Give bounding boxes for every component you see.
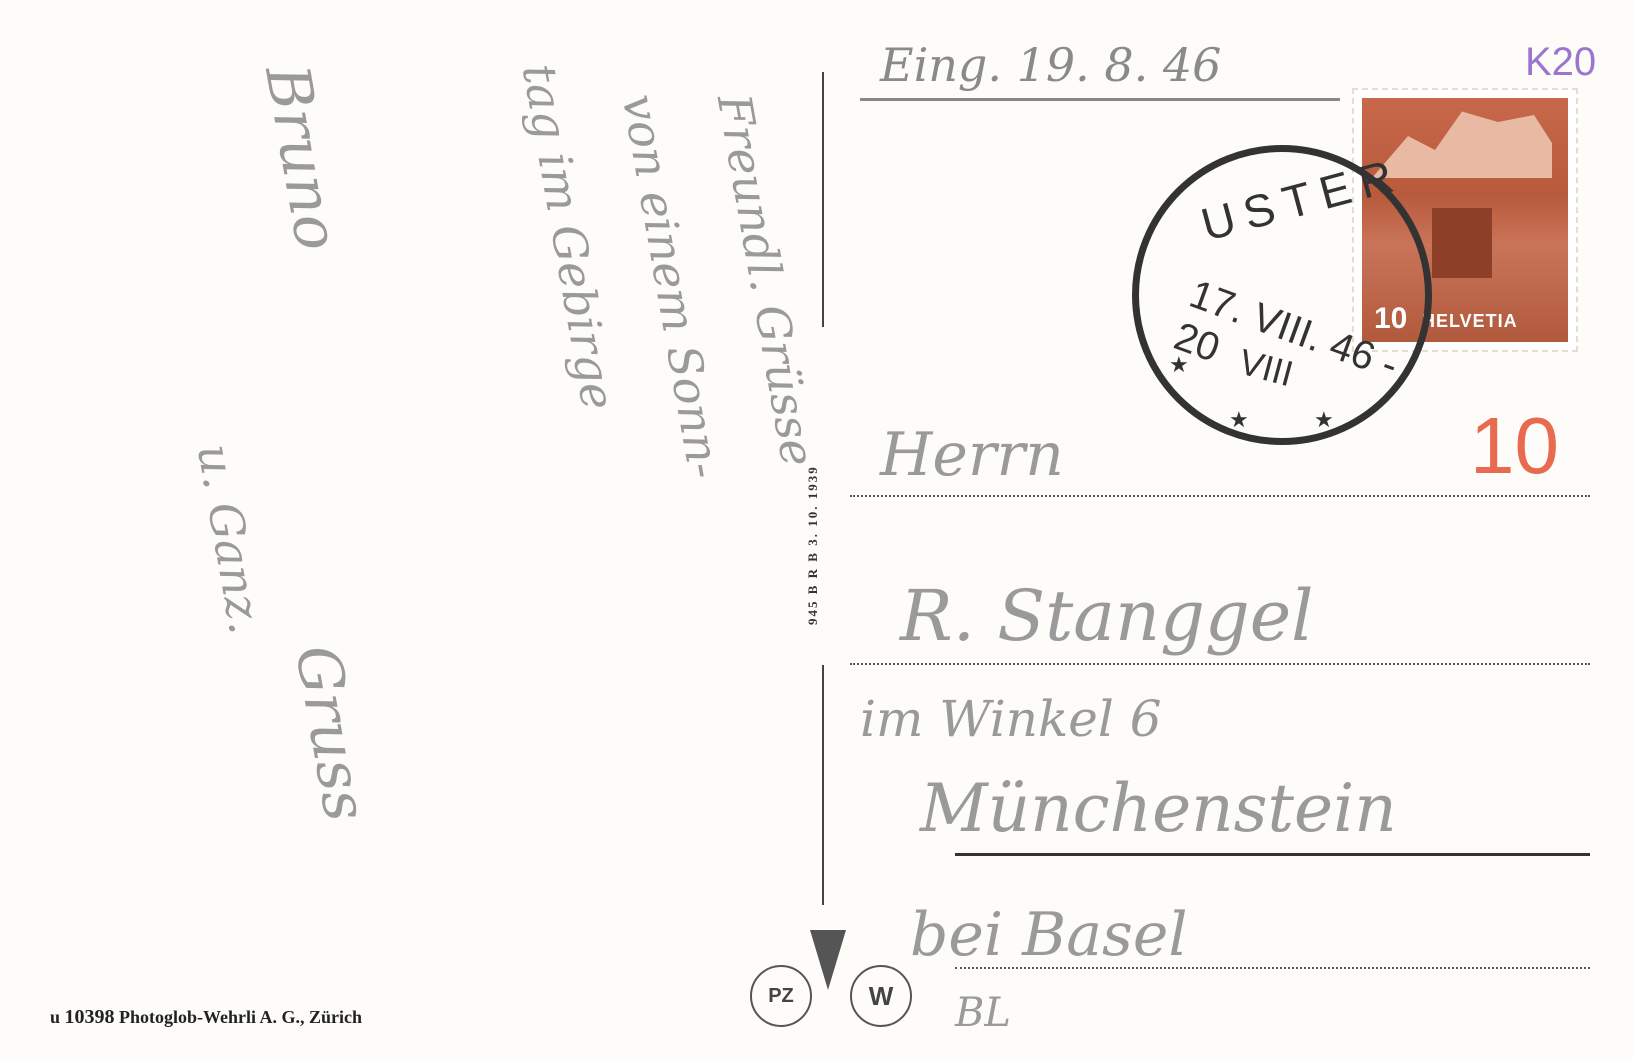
v-logo-icon (810, 930, 846, 990)
address-street: im Winkel 6 (860, 690, 1162, 748)
address-line-2 (850, 663, 1590, 665)
handwritten-name: Bruno (251, 60, 352, 256)
address-line-4 (955, 967, 1590, 969)
received-note: Eing. 19. 8. 46 (880, 38, 1221, 92)
postmark-town: USTER (1196, 146, 1409, 251)
received-underline (860, 98, 1340, 101)
w-logo-icon: W (850, 965, 912, 1027)
postcard-back: Bruno u. Ganz. Gruss tag im Gebirge von … (0, 0, 1633, 1060)
star-icon: ★ (1229, 407, 1249, 433)
center-divider-lower (822, 665, 824, 905)
address-region: bei Basel (910, 900, 1188, 970)
handwritten-greeting: Gruss (281, 640, 381, 826)
address-line-1 (850, 495, 1590, 497)
stamp-country: HELVETIA (1422, 311, 1518, 332)
purple-pencil-mark: K20 (1525, 40, 1596, 85)
address-line-3 (955, 853, 1590, 856)
handwritten-line-1: Freundl. Grüsse (707, 90, 826, 470)
handwritten-signoff: u. Ganz. (187, 440, 273, 638)
star-icon: ★ (1169, 352, 1189, 378)
center-divider (822, 72, 824, 327)
address-name: R. Stanggel (900, 575, 1314, 657)
handwritten-line-2: von einem Sonn- (612, 90, 733, 482)
publisher-credit: u 10398 Photoglob-Wehrli A. G., Zürich (50, 1006, 362, 1029)
address-note: BL (955, 990, 1011, 1036)
red-crayon-mark: 10 (1470, 400, 1559, 492)
printer-imprint: 945 B R B 3. 10. 1939 (805, 465, 821, 625)
handwritten-line-3: tag im Gebirge (512, 60, 626, 414)
pz-logo-icon: PZ (750, 965, 812, 1027)
address-city: Münchenstein (920, 770, 1397, 847)
address-salutation: Herrn (880, 420, 1064, 490)
castle-icon (1432, 208, 1492, 278)
star-icon: ★ (1314, 407, 1334, 433)
postmark: USTER 17. VIII. 46 - 20 VIII ★ ★ ★ (1132, 145, 1432, 445)
